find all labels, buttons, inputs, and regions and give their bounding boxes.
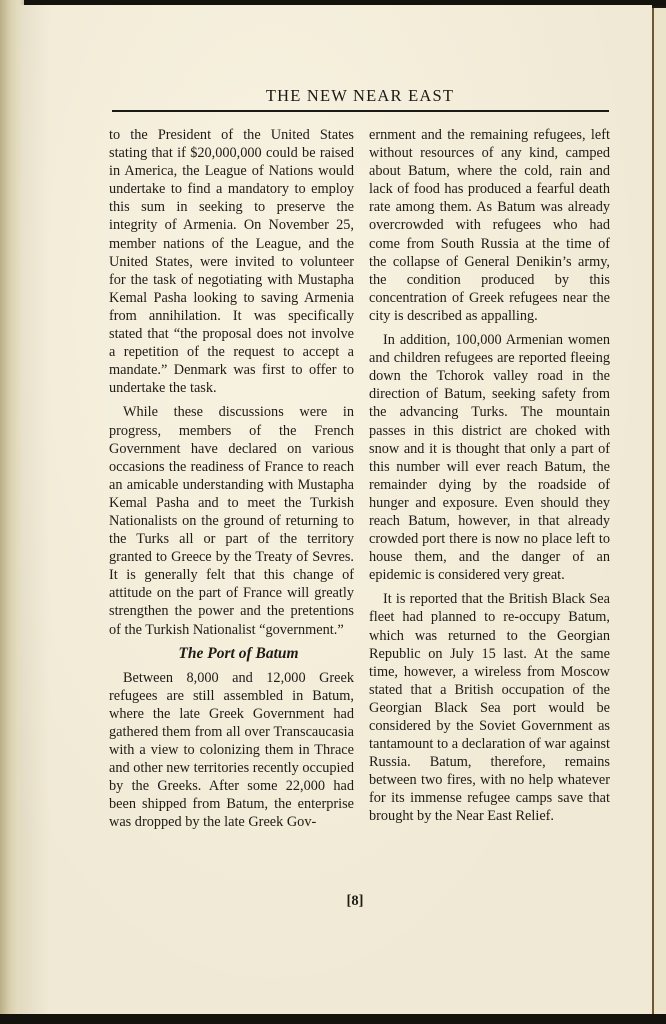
paragraph: While these discussions were in progress…	[109, 403, 354, 638]
section-heading: The Port of Batum	[109, 645, 354, 663]
page-number: [8]	[330, 893, 380, 910]
right-column: ernment and the remaining refugees, left…	[369, 126, 610, 832]
paragraph: ernment and the remaining refugees, left…	[369, 126, 610, 325]
page-right-edge	[652, 8, 666, 1016]
left-column: to the President of the United States st…	[109, 126, 354, 838]
scan-bottom-border	[0, 1014, 666, 1024]
paragraph: It is reported that the British Black Se…	[369, 590, 610, 825]
paragraph: In addition, 100,000 Armenian women and …	[369, 331, 610, 584]
paragraph: to the President of the United States st…	[109, 126, 354, 397]
header-rule	[112, 110, 609, 112]
paragraph: Between 8,000 and 12,000 Greek refugees …	[109, 669, 354, 832]
running-head: THE NEW NEAR EAST	[100, 86, 620, 106]
